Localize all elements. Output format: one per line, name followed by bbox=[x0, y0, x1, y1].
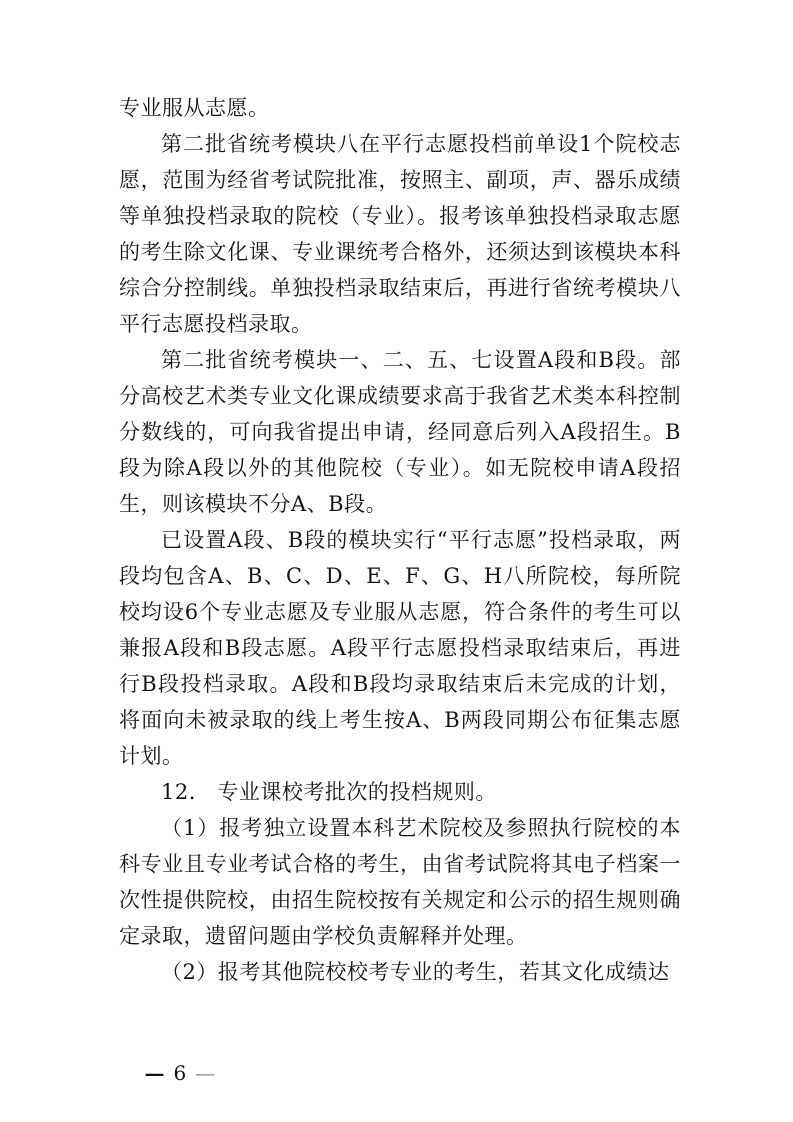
page-number: 6 bbox=[173, 1061, 195, 1085]
paragraph-item-2: （2）报考其他院校校考专业的考生，若其文化成绩达 bbox=[119, 954, 681, 990]
page-footer: —6— bbox=[119, 1037, 215, 1109]
document-page: 专业服从志愿。 第二批省统考模块八在平行志愿投档前单设1个院校志愿，范围为经省考… bbox=[0, 0, 793, 1122]
paragraph-item-1: （1）报考独立设置本科艺术院校及参照执行院校的本科专业且专业考试合格的考生，由省… bbox=[119, 810, 681, 954]
footer-dash-right: — bbox=[195, 1061, 215, 1085]
footer-dash-left: — bbox=[144, 1061, 173, 1085]
paragraph: 已设置A段、B段的模块实行“平行志愿”投档录取，两段均包含A、B、C、D、E、F… bbox=[119, 522, 681, 774]
paragraph: 第二批省统考模块一、二、五、七设置A段和B段。部分高校艺术类专业文化课成绩要求高… bbox=[119, 342, 681, 522]
paragraph: 第二批省统考模块八在平行志愿投档前单设1个院校志愿，范围为经省考试院批准，按照主… bbox=[119, 126, 681, 342]
paragraph-continuation: 专业服从志愿。 bbox=[119, 90, 681, 126]
document-body: 专业服从志愿。 第二批省统考模块八在平行志愿投档前单设1个院校志愿，范围为经省考… bbox=[119, 90, 681, 990]
paragraph-item-12: 12. 专业课校考批次的投档规则。 bbox=[119, 774, 681, 810]
